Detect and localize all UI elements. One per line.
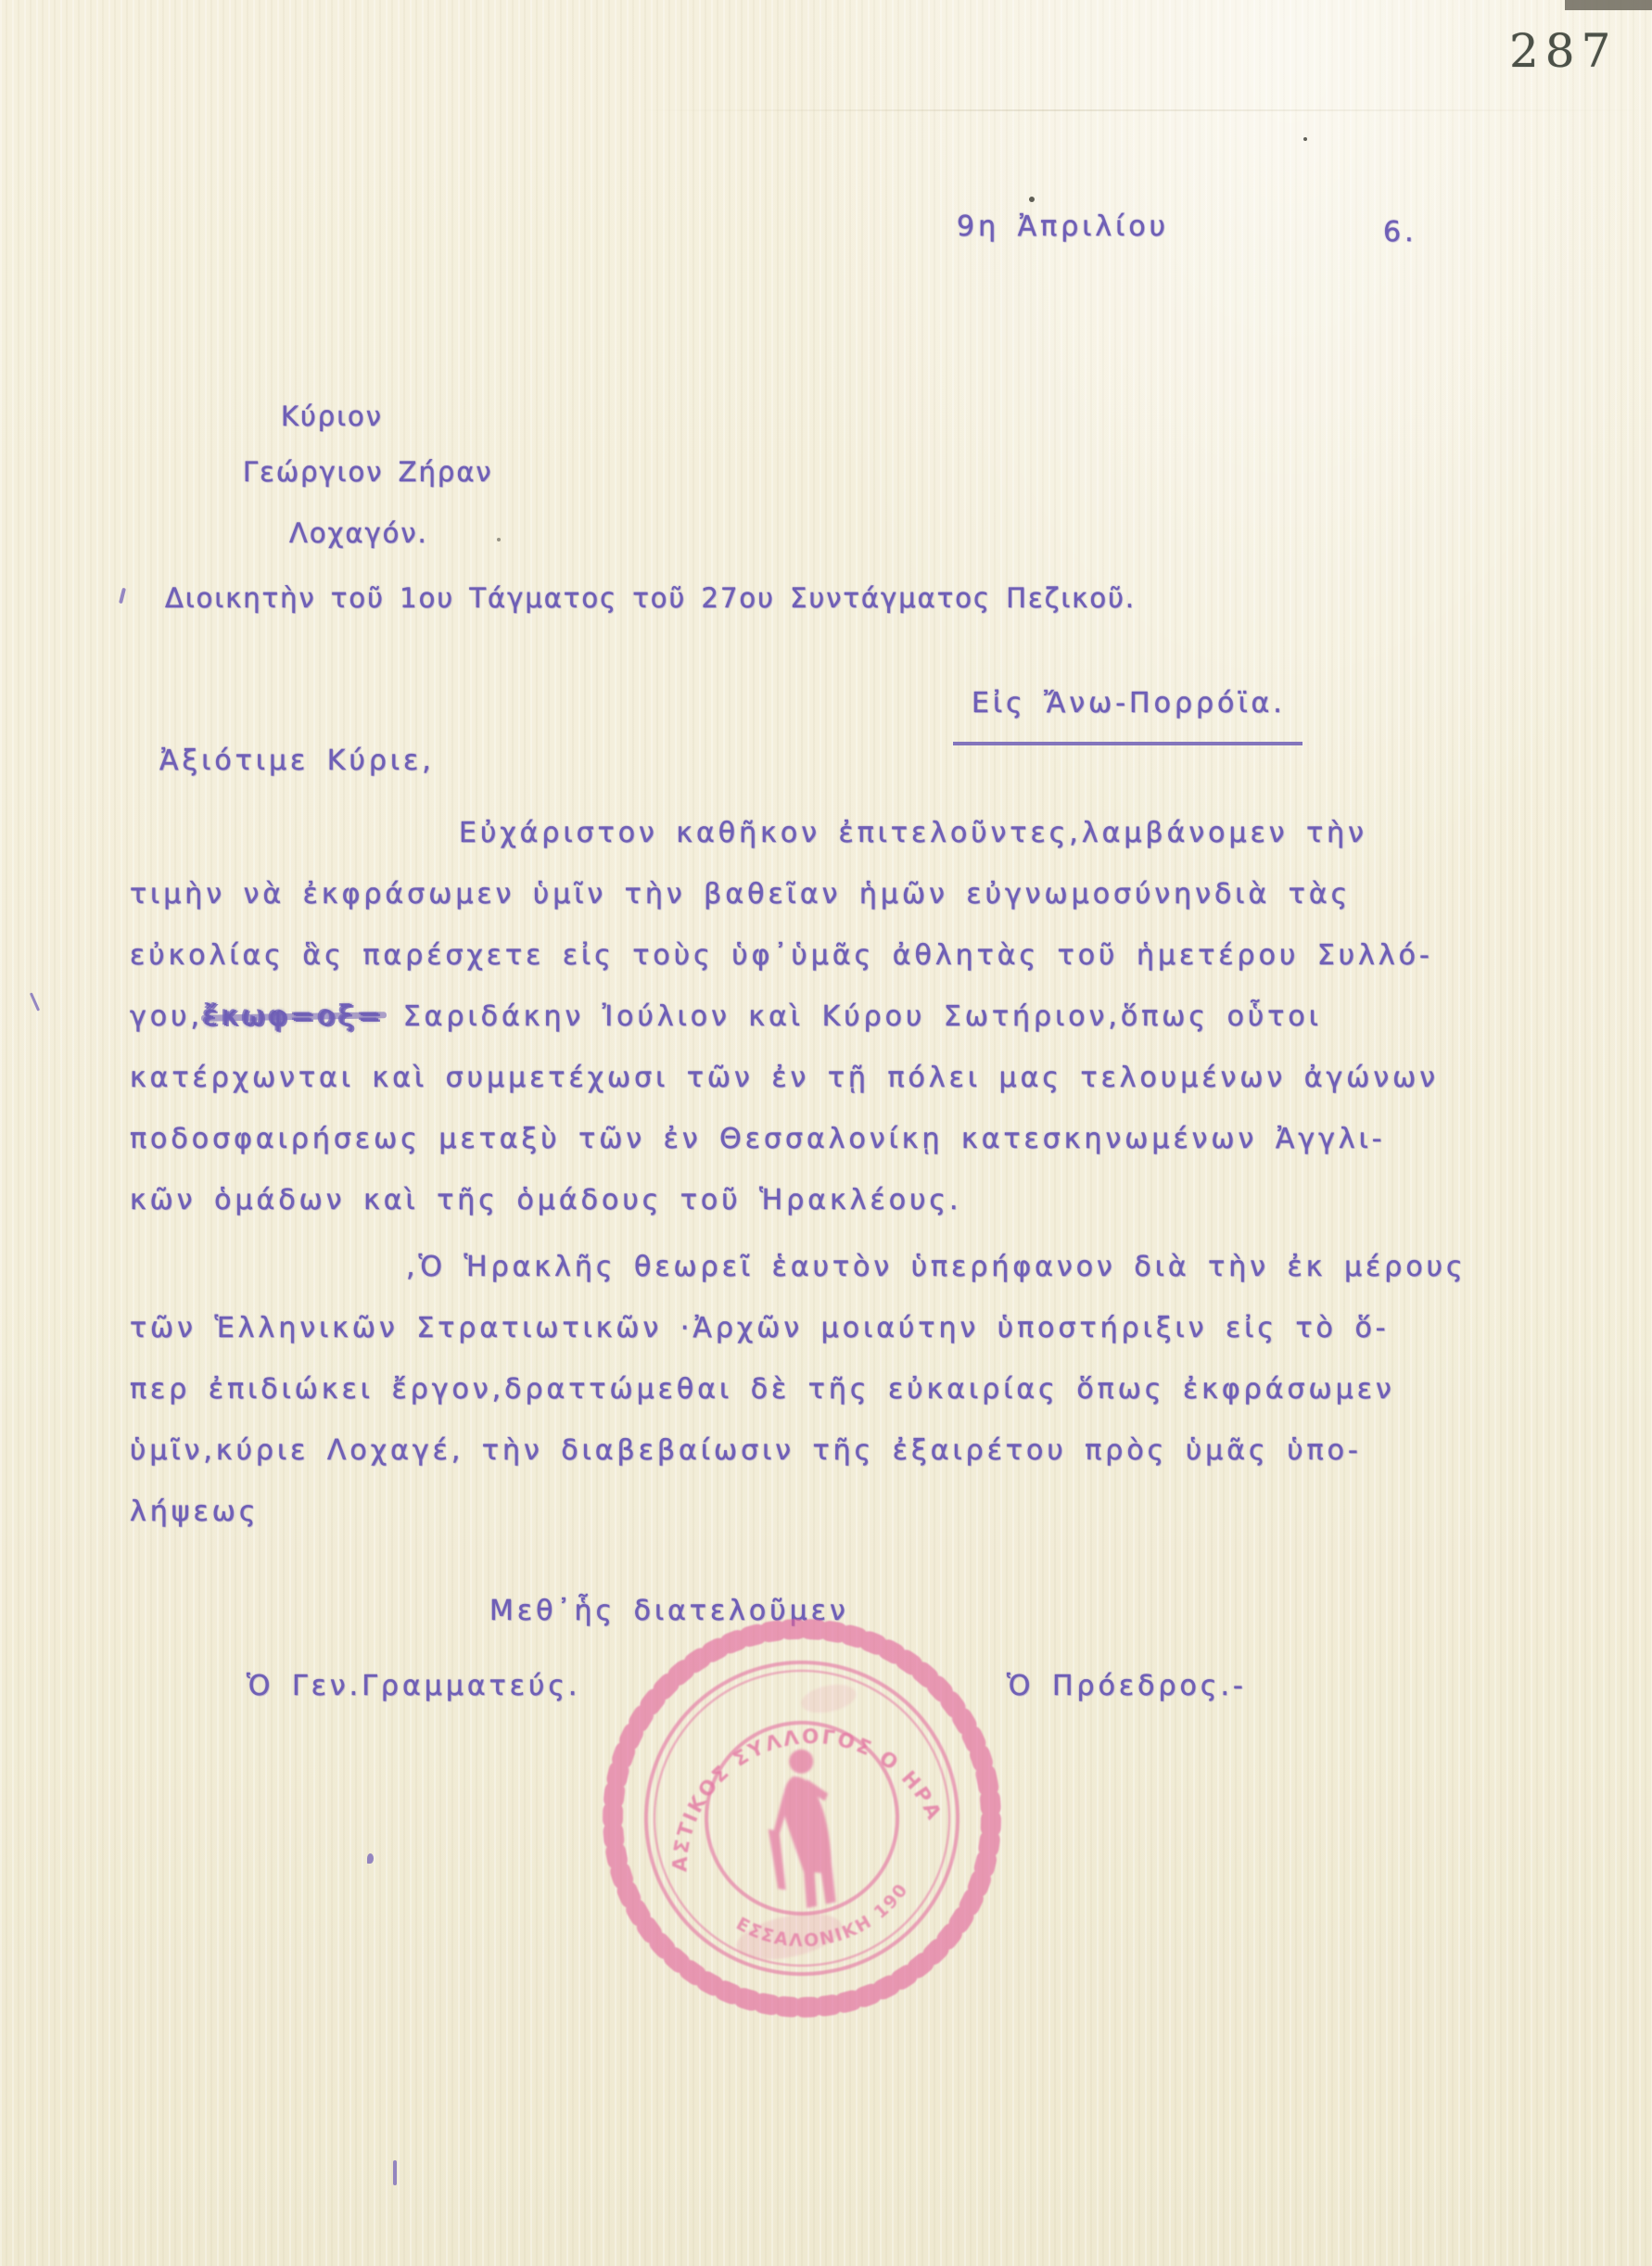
- stray-ink-mark: [30, 992, 40, 1011]
- club-stamp-seal: ΓΥΜΝΑΣΤΙΚΟΣ ΣΥΛΛΟΓΟΣ Ο ΗΡΑΚΛΗΣ ΘΕΣΣΑΛΟΝΙ…: [540, 1556, 1065, 2081]
- body-paragraph-2: ,Ὁ Ἡρακλῆς θεωρεῖ ἑαυτὸν ὑπερήφανον διὰ …: [130, 1237, 1576, 1543]
- scan-speck: [497, 538, 501, 541]
- scan-speck: [1029, 197, 1035, 202]
- destination-line: Εἰς Ἄνω-Πορρόϊα.: [953, 673, 1303, 745]
- body-line: ,Ὁ Ἡρακλῆς θεωρεῖ ἑαυτὸν ὑπερήφανον διὰ …: [130, 1237, 1576, 1298]
- recipient-line: Κύριον: [281, 386, 383, 447]
- body-line: ποδοσφαιρήσεως μεταξὺ τῶν ἐν Θεσσαλονίκῃ…: [130, 1109, 1576, 1170]
- body-line: κῶν ὁμάδων καὶ τῆς ὁμάδους τοῦ Ἡρακλέους…: [130, 1170, 1576, 1231]
- recipient-line: Γεώργιον Ζήραν: [243, 441, 493, 503]
- body-line: ὑμῖν,κύριε Λοχαγέ, τὴν διαβεβαίωσιν τῆς …: [130, 1420, 1576, 1482]
- body-line: λήψεως: [130, 1482, 1576, 1543]
- stray-ink-mark: [367, 1853, 374, 1864]
- date-year: 6.: [1383, 202, 1417, 263]
- body-line: γου,ἔκωφ=οξ= Σαριδάκην Ἰούλιον καὶ Κύρου…: [130, 987, 1576, 1048]
- recipient-line: Διοικητὴν τοῦ 1ου Τάγματος τοῦ 27ου Συντ…: [165, 567, 1136, 629]
- overstruck-text: ἔκωφ=οξ=: [203, 1000, 385, 1033]
- body-line: τιμὴν νὰ ἐκφράσωμεν ὑμῖν τὴν βαθεῖαν ἡμῶ…: [130, 864, 1576, 925]
- president-signature: Ὁ Πρόεδρος.-: [1007, 1656, 1247, 1717]
- body-line: περ ἐπιδιώκει ἔργον,δραττώμεθαι δὲ τῆς ε…: [130, 1359, 1576, 1420]
- body-line: Εὐχάριστον καθῆκον ἐπιτελοῦντες,λαμβάνομ…: [130, 803, 1576, 864]
- body-line-text: Σαριδάκην Ἰούλιον καὶ Κύρου Σωτήριον,ὅπω…: [385, 1000, 1322, 1033]
- body-line: τῶν Ἑλληνικῶν Στρατιωτικῶν ·Ἀρχῶν μοιαύτ…: [130, 1298, 1576, 1359]
- recipient-line: Λοχαγόν.: [289, 503, 428, 564]
- body-line: εὐκολίας ἃς παρέσχετε εἰς τοὺς ὑφ᾽ὑμᾶς ἀ…: [130, 925, 1576, 987]
- body-line-text: γου,: [130, 1000, 203, 1033]
- salutation: Ἀξιότιμε Κύριε,: [159, 731, 435, 792]
- paper-crease: [640, 109, 1650, 111]
- scan-speck: [1303, 137, 1307, 141]
- body-line: κατέρχωνται καὶ συμμετέχωσι τῶν ἐν τῇ πό…: [130, 1048, 1576, 1109]
- secretary-signature: Ὁ Γεν.Γραμματεύς.: [247, 1656, 580, 1717]
- page-number: 287: [1509, 24, 1617, 78]
- scanned-letter-page: 287 9η Ἀπριλίου 6. Κύριον Γεώργιον Ζήραν…: [0, 0, 1652, 2266]
- body-paragraph-1: Εὐχάριστον καθῆκον ἐπιτελοῦντες,λαμβάνομ…: [130, 803, 1576, 1231]
- scan-edge: [1565, 0, 1652, 10]
- stray-ink-mark: [393, 2160, 397, 2185]
- date-day-month: 9η Ἀπριλίου: [957, 197, 1169, 258]
- club-stamp: ΓΥΜΝΑΣΤΙΚΟΣ ΣΥΛΛΟΓΟΣ Ο ΗΡΑΚΛΗΣ ΘΕΣΣΑΛΟΝΙ…: [540, 1556, 1065, 2081]
- stray-ink-mark: [119, 588, 126, 604]
